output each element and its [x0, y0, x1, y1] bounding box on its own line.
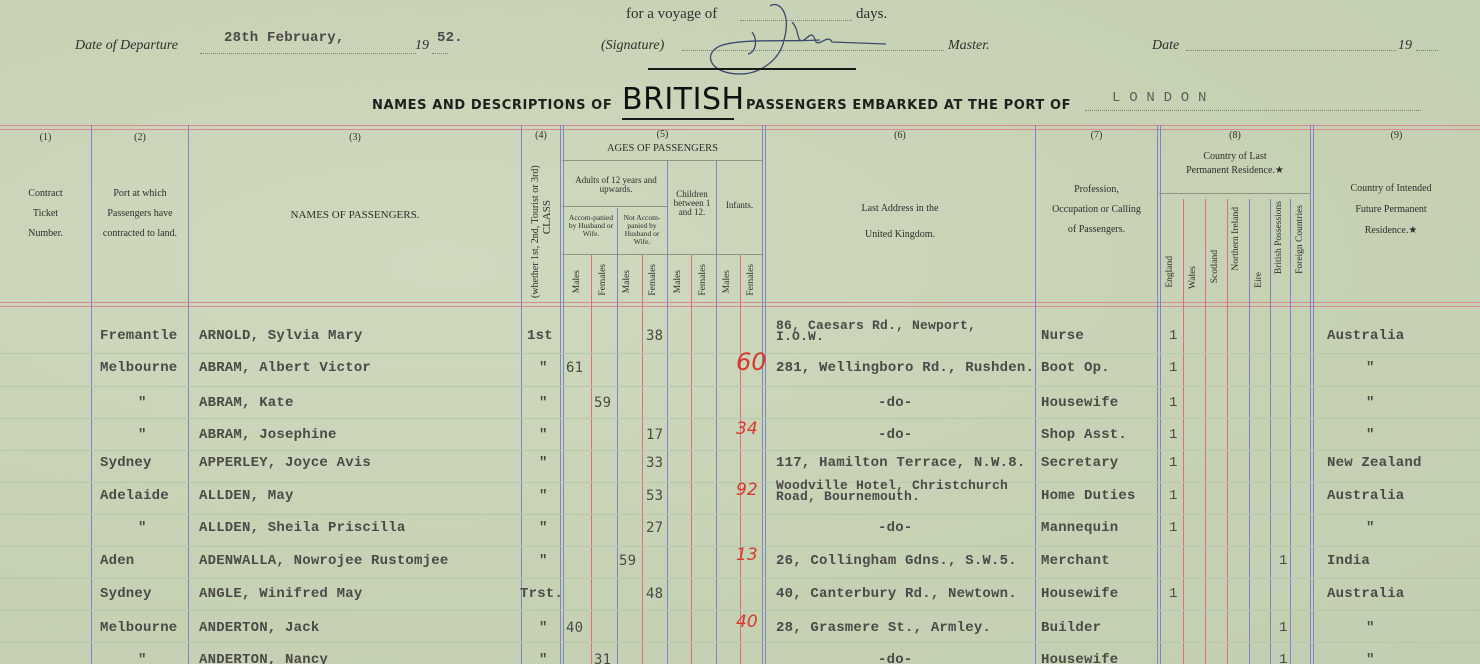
row-rule: [0, 514, 1480, 515]
signature-label: (Signature): [601, 38, 664, 54]
age-cell: 17: [646, 427, 663, 443]
residence-cell: 1: [1169, 455, 1178, 471]
scotland-label: Scotland: [1210, 250, 1220, 283]
col5-header: AGES OF PASSENGERS: [563, 143, 762, 154]
col9-line: Country of Intended: [1313, 178, 1469, 199]
age-cell: 59: [594, 395, 611, 411]
name-cell: ALLDEN, May: [199, 488, 294, 504]
row-rule: [0, 578, 1480, 579]
master-label: Master.: [948, 38, 990, 54]
occupation-cell: Shop Asst.: [1041, 427, 1127, 443]
date-year-prefix: 19: [1398, 38, 1412, 54]
col3-number: (3): [189, 132, 521, 143]
name-cell: ADENWALLA, Nowrojee Rustomjee: [199, 553, 448, 569]
sub-divider: [591, 255, 592, 664]
col2-line: Passengers have: [92, 204, 188, 224]
col9-line: Residence.★: [1313, 220, 1469, 241]
accompanied-header: Accom-panied by Husband or Wife.: [566, 214, 616, 238]
port-cell: Sydney: [100, 455, 152, 471]
sub-rule: [1159, 193, 1310, 194]
occupation-cell: Mannequin: [1041, 520, 1118, 536]
col3-header: NAMES OF PASSENGERS.: [189, 205, 521, 225]
address-cell: 281, Wellingboro Rd., Rushden.: [776, 360, 1034, 376]
address-cell: -do-: [878, 520, 912, 536]
males-label: Males: [622, 270, 632, 293]
col6-header: Last Address in the United Kingdom.: [765, 196, 1035, 248]
annotation-mark: 34: [736, 419, 758, 439]
age-cell: 40: [566, 620, 583, 636]
year-value: 52.: [437, 30, 463, 46]
port-cell: Adelaide: [100, 488, 169, 504]
col1-line: Number.: [0, 224, 91, 244]
col1-number: (1): [0, 132, 91, 143]
name-cell: ANDERTON, Jack: [199, 620, 319, 636]
residence-cell: 1: [1169, 395, 1178, 411]
port-cell: Sydney: [100, 586, 152, 602]
name-cell: ABRAM, Kate: [199, 395, 294, 411]
males-label: Males: [673, 270, 683, 293]
occupation-cell: Builder: [1041, 620, 1101, 636]
class-cell: ": [539, 652, 548, 664]
sub-divider: [1290, 199, 1291, 664]
port-cell: ": [138, 427, 147, 443]
future-residence-cell: Australia: [1327, 586, 1404, 602]
sub-divider: [1270, 199, 1271, 664]
wales-label: Wales: [1188, 266, 1198, 289]
occupation-cell: Secretary: [1041, 455, 1118, 471]
residence-cell: 1: [1279, 652, 1288, 664]
row-rule: [0, 642, 1480, 643]
col7-line: Occupation or Calling: [1036, 200, 1157, 220]
class-cell: ": [539, 620, 548, 636]
future-residence-cell: ": [1366, 652, 1375, 664]
row-rule: [0, 610, 1480, 611]
occupation-cell: Nurse: [1041, 328, 1084, 344]
future-residence-cell: ": [1366, 620, 1375, 636]
england-label: England: [1165, 256, 1175, 288]
residence-cell: 1: [1279, 620, 1288, 636]
col7-line: Profession,: [1036, 180, 1157, 200]
residence-cell: 1: [1279, 553, 1288, 569]
col8-header: Country of Last Permanent Residence.★: [1160, 150, 1310, 178]
address-cell: -do-: [878, 652, 912, 664]
col7-number: (7): [1036, 130, 1157, 141]
address-cell: 40, Canterbury Rd., Newtown.: [776, 586, 1017, 602]
females-label: Females: [648, 264, 658, 296]
port-cell: ": [138, 652, 147, 664]
sub-rule: [562, 206, 667, 207]
annotation-mark: 92: [736, 480, 758, 500]
col9-line: Future Permanent: [1313, 199, 1469, 220]
annotation-mark: 40: [736, 612, 758, 632]
col6-number: (6): [765, 130, 1035, 141]
col1-line: Ticket: [0, 204, 91, 224]
future-residence-cell: India: [1327, 553, 1370, 569]
residence-cell: 1: [1169, 586, 1178, 602]
future-residence-cell: Australia: [1327, 488, 1404, 504]
class-cell: 1st: [527, 328, 553, 344]
sub-divider: [1205, 199, 1206, 664]
col2-line: contracted to land.: [92, 224, 188, 244]
age-cell: 38: [646, 328, 663, 344]
foreign-countries-label: Foreign Countries: [1295, 205, 1305, 274]
occupation-cell: Housewife: [1041, 395, 1118, 411]
occupation-cell: Housewife: [1041, 586, 1118, 602]
occupation-cell: Merchant: [1041, 553, 1110, 569]
name-cell: ABRAM, Josephine: [199, 427, 337, 443]
sub-divider: [642, 255, 643, 664]
col9-number: (9): [1313, 130, 1480, 141]
occupation-cell: Home Duties: [1041, 488, 1136, 504]
name-cell: ANGLE, Winifred May: [199, 586, 362, 602]
col7-header: Profession, Occupation or Calling of Pas…: [1036, 180, 1157, 240]
age-cell: 27: [646, 520, 663, 536]
nationality-underline: [622, 118, 734, 120]
address-cell: -do-: [878, 395, 912, 411]
future-residence-cell: ": [1366, 395, 1375, 411]
sub-divider: [1227, 199, 1228, 664]
col4-number: (4): [522, 130, 560, 141]
adults-header: Adults of 12 years and upwards.: [566, 176, 666, 194]
eire-label: Eire: [1254, 272, 1264, 288]
name-cell: ALLDEN, Sheila Priscilla: [199, 520, 405, 536]
col4-sublabel: (whether 1st, 2nd, Tourist or 3rd): [530, 165, 541, 298]
residence-cell: 1: [1169, 427, 1178, 443]
col2-header: Port at which Passengers have contracted…: [92, 184, 188, 244]
age-cell: 33: [646, 455, 663, 471]
males-label: Males: [572, 270, 582, 293]
port-cell: ": [138, 395, 147, 411]
sub-divider: [667, 161, 668, 664]
date-departure-line: [200, 53, 416, 54]
row-rule: [0, 450, 1480, 451]
address-cell: -do-: [878, 427, 912, 443]
port-cell: ": [138, 520, 147, 536]
col6-line: United Kingdom.: [765, 222, 1035, 248]
class-cell: ": [539, 395, 548, 411]
address-cell-line2: Road, Bournemouth.: [776, 491, 920, 502]
date-label: Date: [1152, 38, 1179, 54]
row-rule: [0, 386, 1480, 387]
occupation-cell: Housewife: [1041, 652, 1118, 664]
future-residence-cell: ": [1366, 360, 1375, 376]
col6-line: Last Address in the: [765, 196, 1035, 222]
date-departure-label: Date of Departure: [75, 38, 178, 54]
col5-number: (5): [563, 129, 762, 140]
not-accompanied-header: Not Accom-panied by Husband or Wife.: [617, 214, 667, 246]
females-label: Females: [598, 264, 608, 296]
future-residence-cell: ": [1366, 520, 1375, 536]
age-cell: 59: [619, 553, 636, 569]
col8-number: (8): [1160, 130, 1310, 141]
future-residence-cell: Australia: [1327, 328, 1404, 344]
class-cell: ": [539, 360, 548, 376]
port-cell: Melbourne: [100, 620, 177, 636]
class-cell: ": [539, 488, 548, 504]
col-divider: [521, 125, 522, 664]
col4-label: CLASS: [541, 200, 553, 234]
sub-divider: [740, 255, 741, 664]
infants-header: Infants.: [717, 201, 762, 210]
year-prefix: 19: [415, 38, 429, 54]
sub-rule: [562, 254, 762, 255]
residence-cell: 1: [1169, 328, 1178, 344]
class-cell: ": [539, 553, 548, 569]
class-cell: ": [539, 520, 548, 536]
name-cell: ABRAM, Albert Victor: [199, 360, 371, 376]
residence-cell: 1: [1169, 360, 1178, 376]
class-cell: ": [539, 427, 548, 443]
sub-divider: [1183, 199, 1184, 664]
col2-line: Port at which: [92, 184, 188, 204]
age-cell: 48: [646, 586, 663, 602]
british-possessions-label: British Possessions: [1274, 201, 1284, 274]
sub-divider: [617, 208, 618, 664]
date-year-line: [1416, 50, 1438, 51]
annotation-mark: 13: [736, 545, 758, 565]
col1-line: Contract: [0, 184, 91, 204]
col8-line: Country of Last: [1160, 150, 1310, 164]
future-residence-cell: New Zealand: [1327, 455, 1422, 471]
address-cell: 26, Collingham Gdns., S.W.5.: [776, 553, 1017, 569]
port-value: L O N D O N: [1112, 90, 1207, 106]
address-cell-line2: I.O.W.: [776, 331, 824, 342]
col8-line: Permanent Residence.★: [1160, 164, 1310, 178]
males-label: Males: [722, 270, 732, 293]
col-divider: [1157, 125, 1161, 664]
address-cell: 117, Hamilton Terrace, N.W.8.: [776, 455, 1025, 471]
port-cell: Aden: [100, 553, 134, 569]
residence-cell: 1: [1169, 488, 1178, 504]
date-departure-value: 28th February,: [224, 30, 344, 46]
annotation-mark: 60: [736, 348, 767, 376]
class-cell: Trst.: [520, 586, 563, 602]
title-suffix: PASSENGERS EMBARKED AT THE PORT OF: [746, 98, 1071, 113]
future-residence-cell: ": [1366, 427, 1375, 443]
sub-divider: [716, 161, 717, 664]
name-cell: APPERLEY, Joyce Avis: [199, 455, 371, 471]
sub-divider: [691, 255, 692, 664]
age-cell: 61: [566, 360, 583, 376]
class-cell: ": [539, 455, 548, 471]
address-cell: 28, Grasmere St., Armley.: [776, 620, 991, 636]
occupation-cell: Boot Op.: [1041, 360, 1110, 376]
port-cell: Fremantle: [100, 328, 177, 344]
port-line: [1085, 110, 1421, 111]
age-cell: 53: [646, 488, 663, 504]
title-prefix: NAMES AND DESCRIPTIONS OF: [372, 98, 612, 113]
residence-cell: 1: [1169, 520, 1178, 536]
col9-header: Country of Intended Future Permanent Res…: [1313, 178, 1469, 241]
sub-divider: [1249, 199, 1250, 664]
name-cell: ANDERTON, Nancy: [199, 652, 328, 664]
port-cell: Melbourne: [100, 360, 177, 376]
col4-header: (whether 1st, 2nd, Tourist or 3rd): [530, 144, 541, 298]
name-cell: ARNOLD, Sylvia Mary: [199, 328, 362, 344]
children-header: Children between 1 and 12.: [668, 190, 716, 217]
age-cell: 31: [594, 652, 611, 664]
year-line: [432, 53, 448, 54]
females-label: Females: [698, 264, 708, 296]
females-label: Females: [746, 264, 756, 296]
sub-rule: [562, 160, 762, 161]
col1-header: Contract Ticket Number.: [0, 184, 91, 244]
col2-number: (2): [92, 132, 188, 143]
title-nationality: BRITISH: [622, 82, 745, 117]
col7-line: of Passengers.: [1036, 220, 1157, 240]
header-rule: [648, 68, 856, 70]
date-line: [1186, 50, 1396, 51]
northern-ireland-label: Northern Ireland: [1231, 207, 1241, 271]
